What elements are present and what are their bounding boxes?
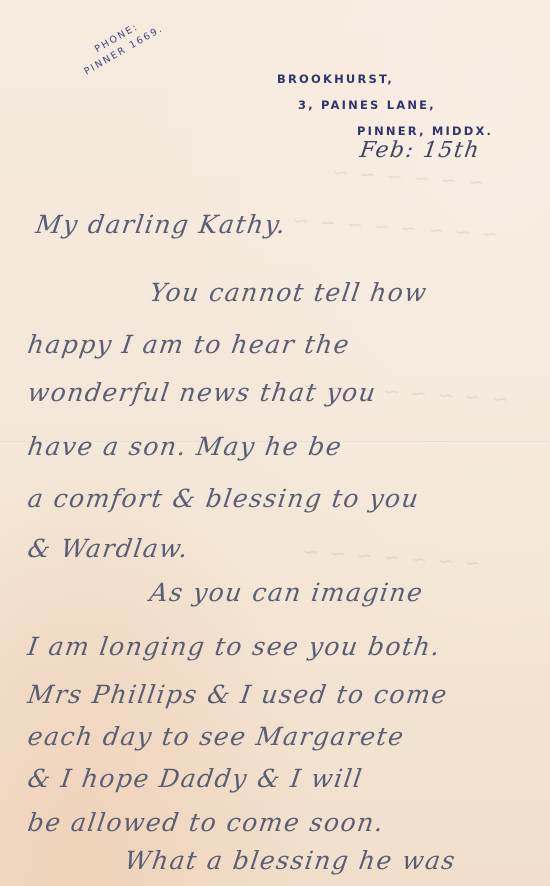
body-line: happy I am to hear the — [26, 330, 352, 359]
body-line: have a son. May he be — [26, 432, 344, 461]
letter-date: Feb: 15th — [358, 138, 482, 163]
show-through-text: ~ ~ ~ ~ ~ ~ ~ — [299, 539, 482, 576]
address-line-2: 3, PAINES LANE, — [298, 98, 436, 112]
address-line-1: BROOKHURST, — [277, 72, 394, 86]
letter-page: ~ ~ ~ ~ ~ ~ ~ ~ ~ ~ ~ ~ ~ ~ ~ ~ ~ ~ ~ ~ … — [0, 0, 550, 886]
body-line: Mrs Phillips & I used to come — [26, 680, 450, 709]
body-line: a comfort & blessing to you — [26, 484, 421, 513]
show-through-text: ~ ~ ~ ~ ~ ~ — [329, 160, 485, 195]
body-line: You cannot tell how — [148, 278, 429, 307]
show-through-text: ~ ~ ~ ~ ~ ~ ~ ~ — [289, 208, 499, 246]
body-line: be allowed to come soon. — [26, 808, 386, 837]
body-line: I am longing to see you both. — [26, 632, 443, 661]
body-line: wonderful news that you — [26, 378, 379, 407]
letterhead-phone: PHONE: PINNER 1669. — [66, 5, 175, 84]
address-line-3: PINNER, MIDDX. — [357, 124, 493, 138]
body-line: What a blessing he was — [123, 846, 458, 875]
body-line: As you can imagine — [148, 578, 426, 607]
body-line: & Wardlaw. — [26, 534, 191, 563]
body-line: & I hope Daddy & I will — [26, 764, 365, 793]
salutation: My darling Kathy. — [34, 210, 289, 239]
body-line: each day to see Margarete — [26, 722, 407, 751]
